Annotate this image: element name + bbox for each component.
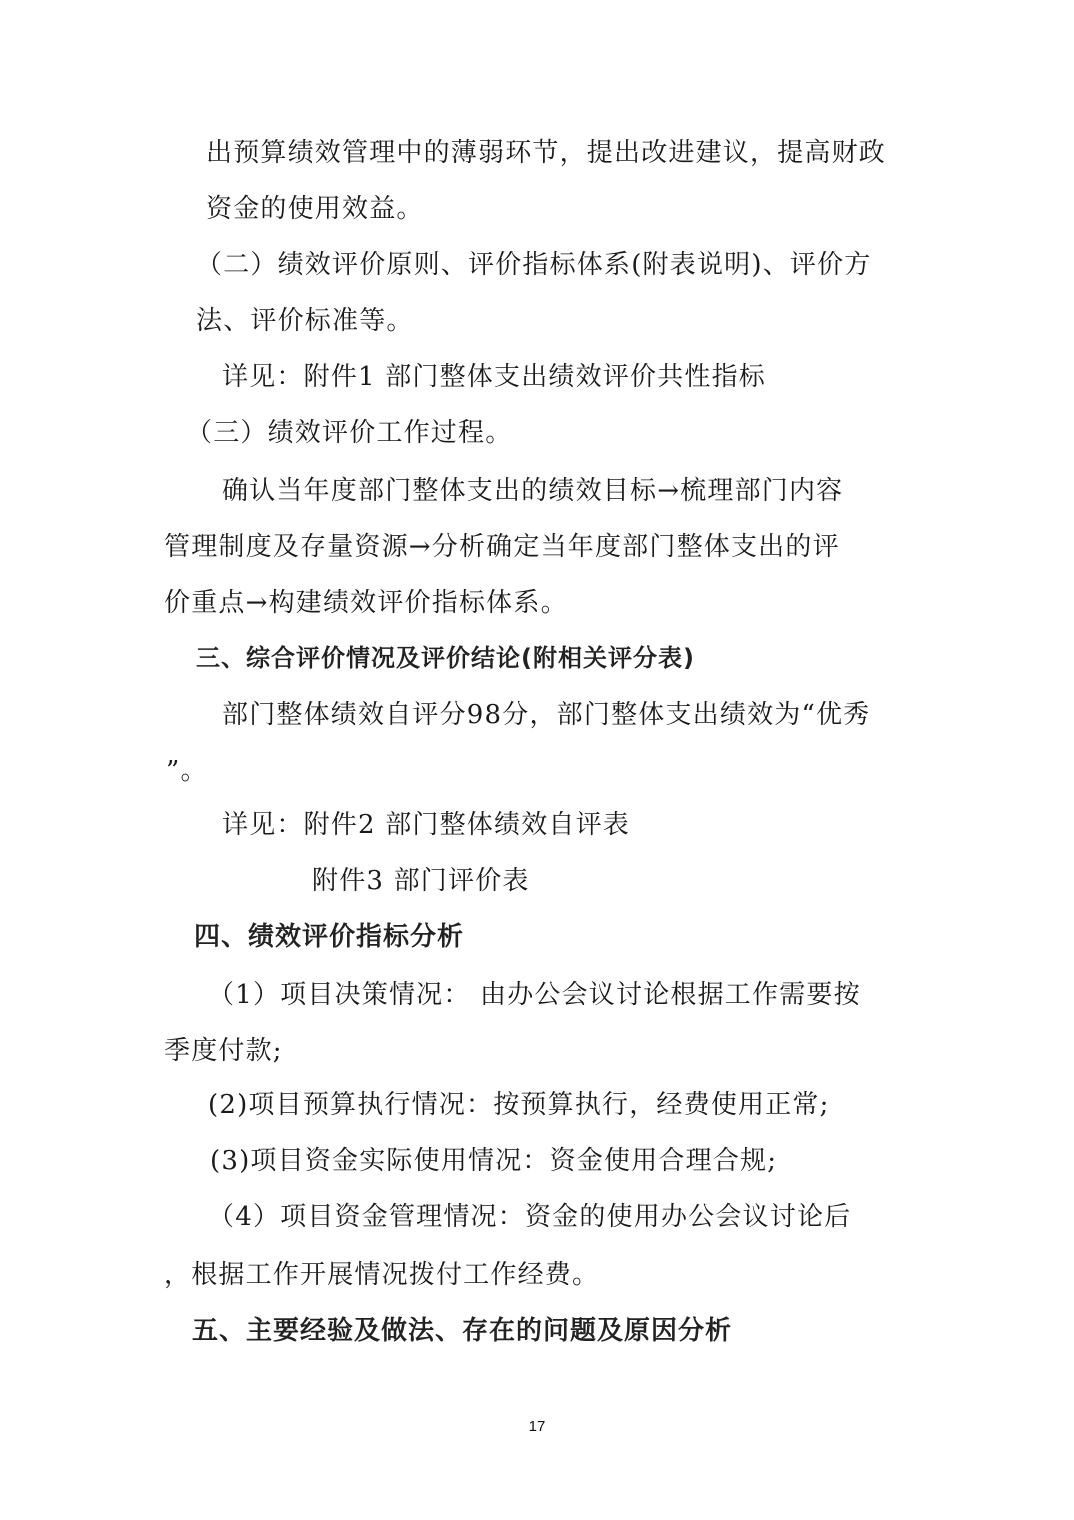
paragraph-line: 管理制度及存量资源→分析确定当年度部门整体支出的评 xyxy=(164,532,840,562)
section-heading-3: 三、综合评价情况及评价结论(附相关评分表) xyxy=(196,643,695,673)
subsection-heading-2: （二）绩效评价原则、评价指标体系(附表说明)、评价方 xyxy=(196,250,872,280)
paragraph-line: 确认当年度部门整体支出的绩效目标→梳理部门内容 xyxy=(222,476,843,506)
attachment-reference-1: 详见：附件1 部门整体支出绩效评价共性指标 xyxy=(222,362,766,392)
paragraph-line: 季度付款; xyxy=(164,1036,283,1066)
section-heading-4: 四、绩效评价指标分析 xyxy=(194,922,464,952)
attachment-reference-2: 详见：附件2 部门整体绩效自评表 xyxy=(222,810,630,840)
paragraph-line: ，根据工作开展情况拨付工作经费。 xyxy=(164,1260,599,1290)
paragraph-line: 法、评价标准等。 xyxy=(196,306,414,336)
attachment-reference-3: 附件3 部门评价表 xyxy=(312,866,530,896)
page-number: 17 xyxy=(0,1418,1074,1435)
paragraph-line: 部门整体绩效自评分98分，部门整体支出绩效为“优秀 xyxy=(222,700,870,730)
paragraph-line: (3)项目资金实际使用情况：资金使用合理合规; xyxy=(210,1146,777,1176)
paragraph-line: （1）项目决策情况： 由办公会议讨论根据工作需要按 xyxy=(208,980,861,1010)
paragraph-line: ”。 xyxy=(166,756,208,786)
paragraph-line: 出预算绩效管理中的薄弱环节，提出改进建议，提高财政 xyxy=(206,138,886,168)
subsection-heading-3: （三）绩效评价工作过程。 xyxy=(186,418,512,448)
section-heading-5: 五、主要经验及做法、存在的问题及原因分析 xyxy=(192,1316,732,1346)
paragraph-line: （4）项目资金管理情况：资金的使用办公会议讨论后 xyxy=(208,1202,851,1232)
paragraph-line: 资金的使用效益。 xyxy=(206,194,424,224)
document-page: 出预算绩效管理中的薄弱环节，提出改进建议，提高财政 资金的使用效益。 （二）绩效… xyxy=(0,0,1074,1520)
paragraph-line: (2)项目预算执行情况：按预算执行，经费使用正常; xyxy=(208,1090,830,1120)
paragraph-line: 价重点→构建绩效评价指标体系。 xyxy=(164,588,568,618)
